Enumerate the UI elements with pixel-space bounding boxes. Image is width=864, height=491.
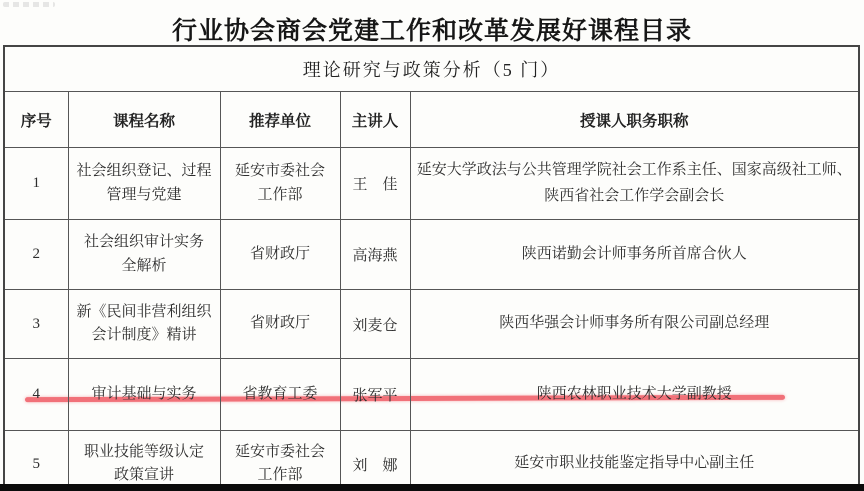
cell-no: 1: [4, 148, 68, 220]
cell-unit: 省财政厅: [220, 220, 340, 290]
column-header-course: 课程名称: [68, 92, 220, 148]
section-title: 理论研究与政策分析（5 门）: [4, 46, 859, 92]
screenshot-bottom-edge: [0, 484, 864, 491]
document-page: 行业协会商会党建工作和改革发展好课程目录 理论研究与政策分析（5 门） 序号 课…: [0, 0, 864, 491]
cell-course: 社会组织审计实务 全解析: [68, 220, 220, 290]
cell-title: 陕西农林职业技术大学副教授: [410, 359, 859, 431]
table-row: 2 社会组织审计实务 全解析 省财政厅 高海燕 陕西诺勤会计师事务所首席合伙人: [4, 220, 859, 290]
cell-title: 延安大学政法与公共管理学院社会工作系主任、国家高级社工师、陕西省社会工作学会副会…: [410, 148, 859, 220]
cell-course: 社会组织登记、过程 管理与党建: [68, 148, 220, 220]
cell-lecturer: 王 佳: [340, 148, 410, 220]
table-row: 1 社会组织登记、过程 管理与党建 延安市委社会 工作部 王 佳 延安大学政法与…: [4, 148, 859, 220]
cell-no: 5: [4, 431, 68, 491]
course-table: 理论研究与政策分析（5 门） 序号 课程名称 推荐单位 主讲人 授课人职务职称 …: [3, 45, 860, 491]
cell-lecturer: 刘 娜: [340, 431, 410, 491]
column-header-title: 授课人职务职称: [410, 92, 859, 148]
cell-no: 4: [4, 359, 68, 431]
table-header-row: 序号 课程名称 推荐单位 主讲人 授课人职务职称: [4, 92, 859, 148]
cell-course: 新《民间非营利组织 会计制度》精讲: [68, 290, 220, 359]
cell-unit: 延安市委社会 工作部: [220, 431, 340, 491]
cell-lecturer: 张军平: [340, 359, 410, 431]
cell-unit: 省财政厅: [220, 290, 340, 359]
cell-course: 审计基础与实务: [68, 359, 220, 431]
page-title: 行业协会商会党建工作和改革发展好课程目录: [0, 11, 864, 47]
scan-artifact: [3, 2, 55, 7]
table-row-highlighted: 4 审计基础与实务 省教育工委 张军平 陕西农林职业技术大学副教授: [4, 359, 859, 431]
cell-no: 2: [4, 220, 68, 290]
table-row: 5 职业技能等级认定 政策宣讲 延安市委社会 工作部 刘 娜 延安市职业技能鉴定…: [4, 431, 859, 491]
cell-title: 陕西诺勤会计师事务所首席合伙人: [410, 220, 859, 290]
table-row: 3 新《民间非营利组织 会计制度》精讲 省财政厅 刘麦仓 陕西华强会计师事务所有…: [4, 290, 859, 359]
cell-unit: 延安市委社会 工作部: [220, 148, 340, 220]
cell-title: 延安市职业技能鉴定指导中心副主任: [410, 431, 859, 491]
cell-unit: 省教育工委: [220, 359, 340, 431]
column-header-unit: 推荐单位: [220, 92, 340, 148]
cell-lecturer: 刘麦仓: [340, 290, 410, 359]
cell-no: 3: [4, 290, 68, 359]
cell-course: 职业技能等级认定 政策宣讲: [68, 431, 220, 491]
cell-title: 陕西华强会计师事务所有限公司副总经理: [410, 290, 859, 359]
table-section-row: 理论研究与政策分析（5 门）: [4, 46, 859, 92]
cell-lecturer: 高海燕: [340, 220, 410, 290]
column-header-lecturer: 主讲人: [340, 92, 410, 148]
column-header-no: 序号: [4, 92, 68, 148]
